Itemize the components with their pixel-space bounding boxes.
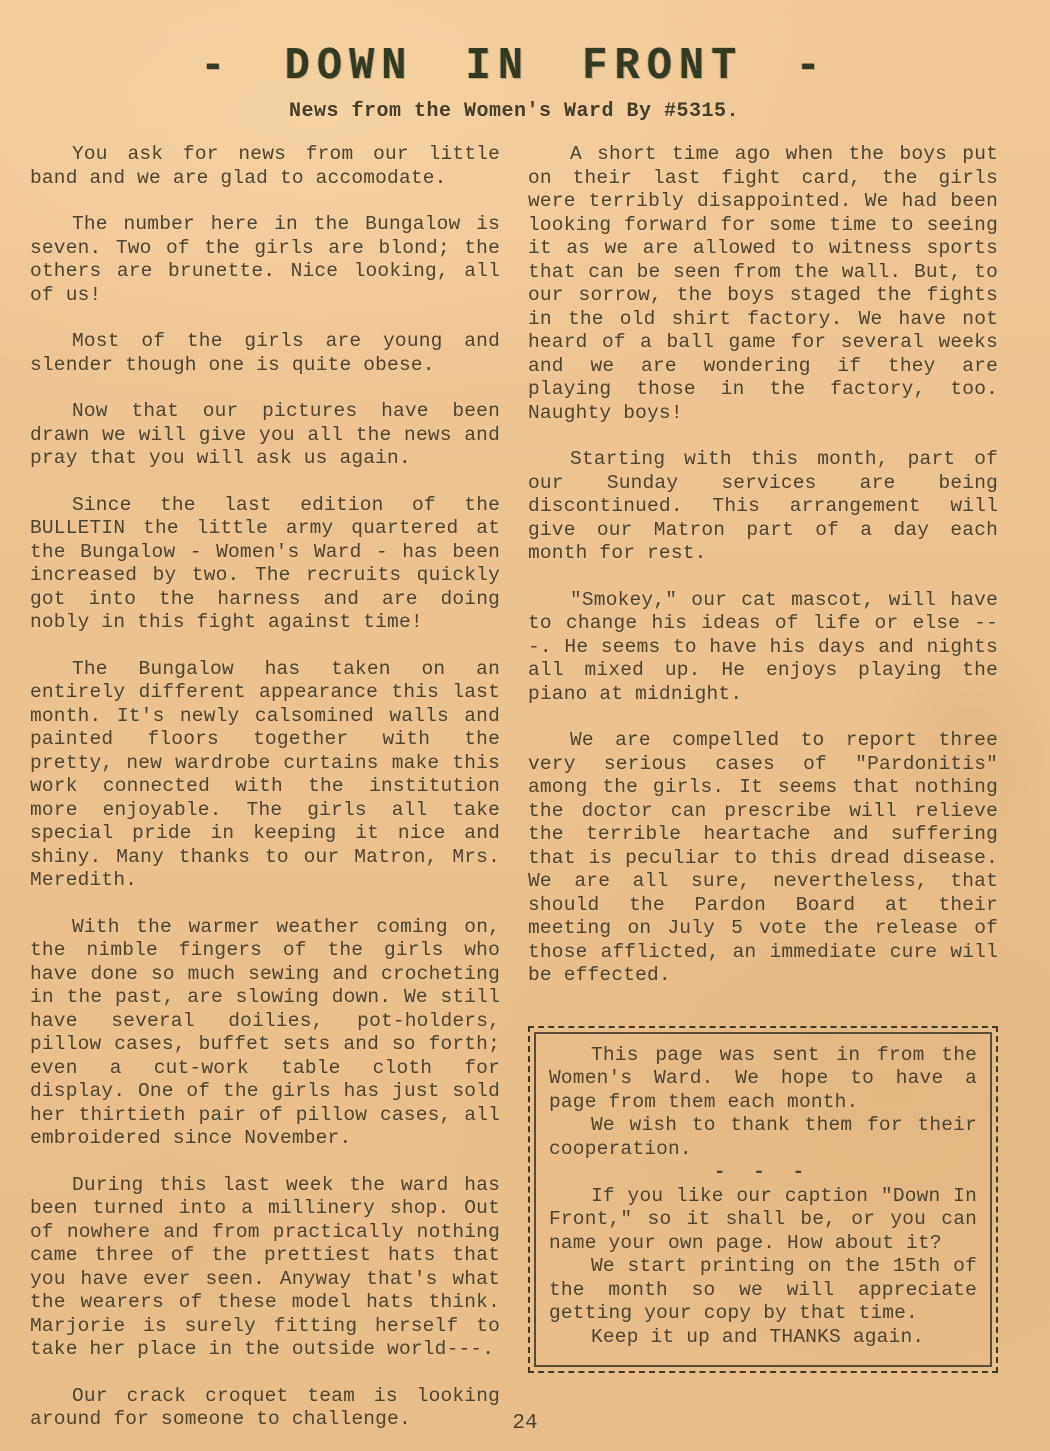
paragraph: During this last week the ward has been … (30, 1174, 500, 1362)
page-subtitle: News from the Women's Ward By #5315. (30, 100, 998, 123)
paragraph: Now that our pictures have been drawn we… (30, 400, 500, 471)
newsletter-page: - DOWN IN FRONT - News from the Women's … (0, 0, 1050, 1451)
page-title: - DOWN IN FRONT - (200, 40, 827, 92)
editor-note-box-inner: This page was sent in from the Women's W… (534, 1032, 992, 1368)
paragraph: If you like our caption "Down In Front,"… (549, 1185, 977, 1256)
paragraph: Most of the girls are young and slender … (30, 330, 500, 377)
paragraph: With the warmer weather coming on, the n… (30, 916, 500, 1151)
paragraph: We wish to thank them for their cooperat… (549, 1114, 977, 1161)
paragraph: This page was sent in from the Women's W… (549, 1044, 977, 1115)
paragraph: The Bungalow has taken on an entirely di… (30, 658, 500, 893)
paragraph: A short time ago when the boys put on th… (528, 143, 998, 425)
right-column: A short time ago when the boys put on th… (528, 143, 998, 1451)
paragraph: Keep it up and THANKS again. (549, 1326, 977, 1350)
paragraph: We are compelled to report three very se… (528, 729, 998, 988)
paragraph: You ask for news from our little band an… (30, 143, 500, 190)
dash-separator: - - - (549, 1161, 977, 1185)
page-header: - DOWN IN FRONT - News from the Women's … (30, 42, 998, 123)
paragraph: The number here in the Bungalow is seven… (30, 213, 500, 307)
paragraph: We start printing on the 15th of the mon… (549, 1255, 977, 1326)
editor-note-box: This page was sent in from the Women's W… (528, 1026, 998, 1374)
two-column-body: You ask for news from our little band an… (30, 143, 998, 1451)
left-column: You ask for news from our little band an… (30, 143, 500, 1451)
paragraph: Since the last edition of the BULLETIN t… (30, 494, 500, 635)
paragraph: Starting with this month, part of our Su… (528, 448, 998, 566)
paragraph: "Smokey," our cat mascot, will have to c… (528, 589, 998, 707)
page-number: 24 (0, 1412, 1050, 1435)
